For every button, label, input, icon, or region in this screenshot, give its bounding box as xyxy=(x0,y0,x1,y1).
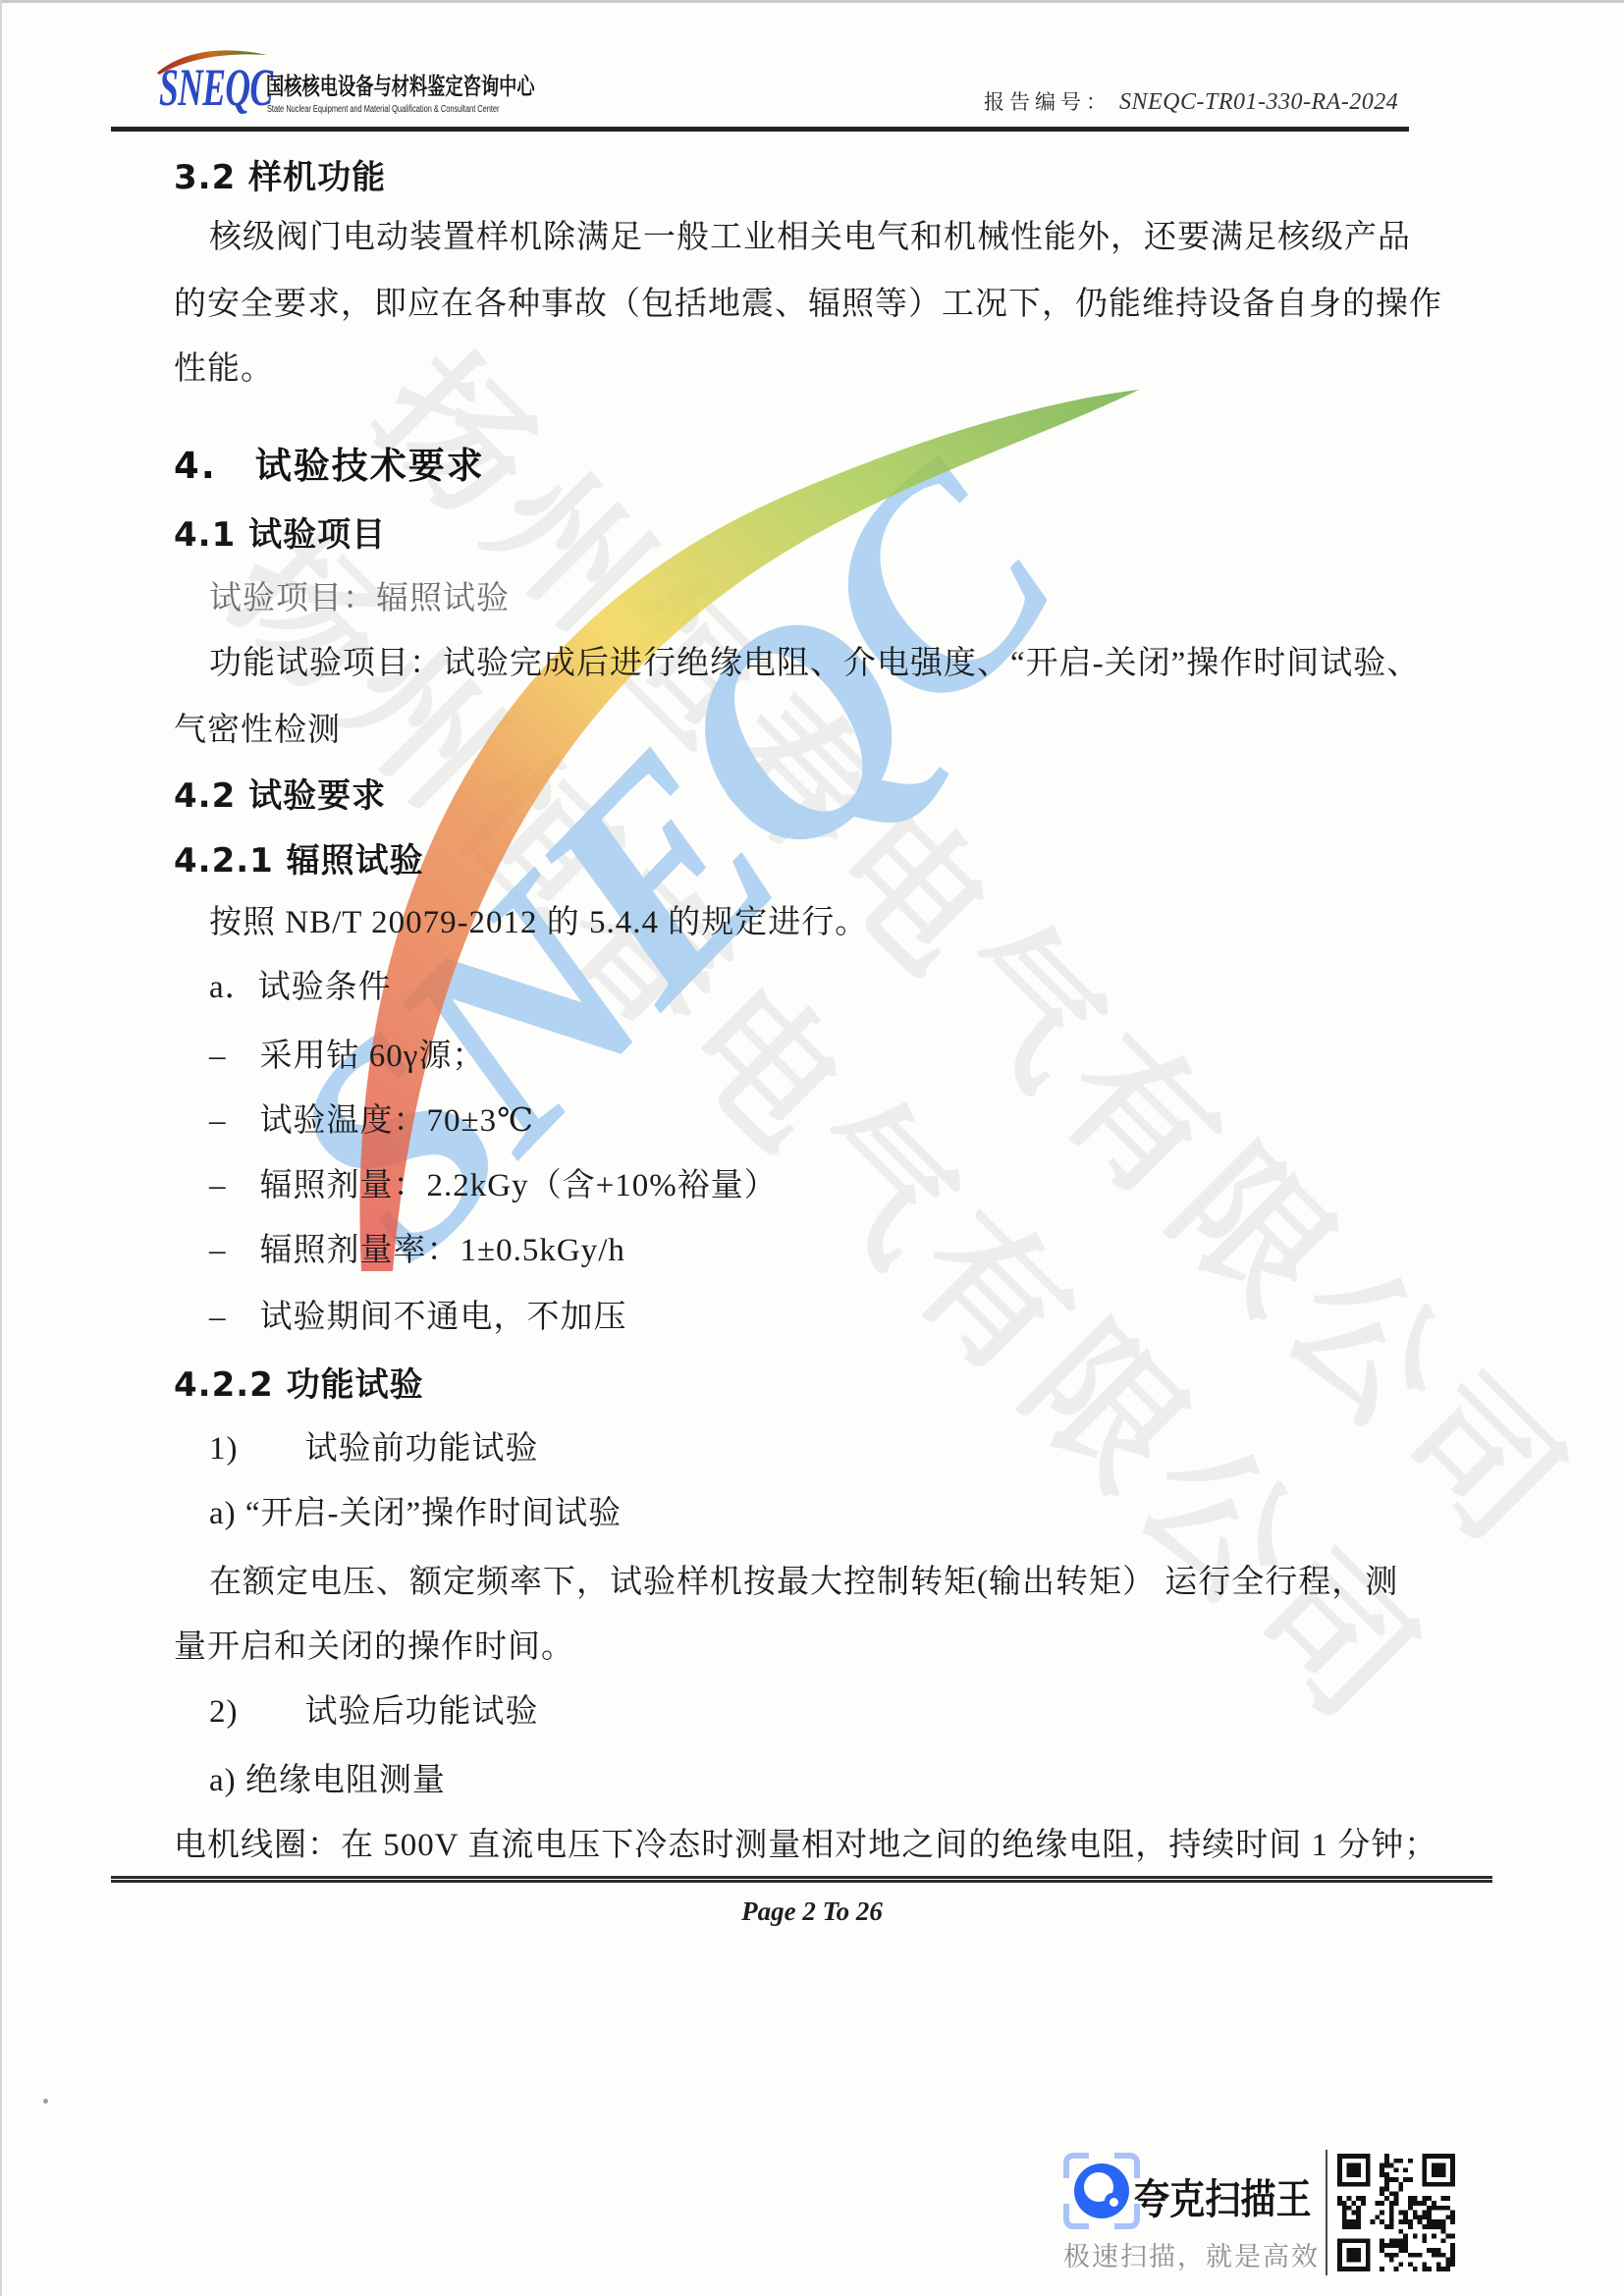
section-heading-4-2-1: 4.2.1 辐照试验 xyxy=(174,840,424,882)
quark-logo-icon xyxy=(1074,2163,1129,2218)
paragraph-line: 核级阀门电动装置样机除满足一般工业相关电气和机械性能外，还要满足核级产品 xyxy=(209,218,1411,258)
report-number-value: SNEQC-TR01-330-RA-2024 xyxy=(1119,89,1398,115)
list-item-line: a) “开启-关闭”操作时间试验 xyxy=(209,1494,622,1534)
report-number-label: 报告编号： xyxy=(984,90,1111,114)
scan-artifact-dot xyxy=(43,2099,48,2104)
list-item-line: 1) 试验前功能试验 xyxy=(209,1429,539,1469)
paragraph-line: 试验项目：辐照试验 xyxy=(209,579,510,619)
org-name-en: State Nuclear Equipment and Material Qua… xyxy=(267,104,500,115)
report-number-row: 报告编号：SNEQC-TR01-330-RA-2024 xyxy=(984,86,1398,116)
org-name-zh: 国核核电设备与材料鉴定咨询中心 xyxy=(266,67,535,101)
section-heading-4-2-2: 4.2.2 功能试验 xyxy=(174,1364,424,1407)
list-item-line: 2) 试验后功能试验 xyxy=(209,1692,539,1733)
paragraph-line: 性能。 xyxy=(174,349,274,390)
list-item-line: a) 绝缘电阻测量 xyxy=(209,1761,446,1801)
quark-scanner-icon xyxy=(1063,2153,1140,2229)
scan-edge-top xyxy=(0,0,1624,3)
scanner-app-name: 夸克扫描王 xyxy=(1134,2167,1312,2226)
footer-rule xyxy=(111,1876,1492,1883)
paragraph-line: a．试验条件 xyxy=(209,968,392,1008)
section-heading-4-2: 4.2 试验要求 xyxy=(174,775,386,818)
paragraph-line: 的安全要求，即应在各种事故（包括地震、辐照等）工况下，仍能维持设备自身的操作 xyxy=(174,285,1442,325)
sneqc-logo: SNEQC xyxy=(159,57,273,118)
quark-logo-dot xyxy=(1110,2198,1118,2207)
section-heading-4-1: 4.1 试验项目 xyxy=(174,514,386,557)
bullet-line: – 辐照剂量：2.2kGy（含+10%裕量） xyxy=(209,1166,778,1206)
bullet-line: – 试验温度：70±3℃ xyxy=(209,1101,534,1142)
paragraph-line: 在额定电压、额定频率下，试验样机按最大控制转矩(输出转矩） 运行全行程，测 xyxy=(209,1563,1398,1603)
section-heading-3-2: 3.2 样机功能 xyxy=(174,157,386,199)
bullet-line: – 采用钴 60γ源； xyxy=(209,1037,485,1077)
header-rule xyxy=(111,127,1409,132)
paragraph-line: 电机线圈：在 500V 直流电压下冷态时测量相对地之间的绝缘电阻，持续时间 1 … xyxy=(174,1826,1437,1866)
scanner-slogan: 极速扫描，就是高效 xyxy=(1063,2235,1320,2273)
bullet-line: – 试验期间不通电，不加压 xyxy=(209,1298,627,1338)
page-number: Page 2 To 26 xyxy=(0,1896,1624,1927)
qr-code xyxy=(1337,2154,1455,2271)
paragraph-line: 量开启和关闭的操作时间。 xyxy=(174,1628,574,1668)
scanned-document-page: { "header": { "logo_text": "SNEQC", "org… xyxy=(0,0,1624,2296)
paragraph-line: 按照 NB/T 20079-2012 的 5.4.4 的规定进行。 xyxy=(209,903,868,943)
scan-edge-left xyxy=(0,0,2,2296)
paragraph-line: 功能试验项目：试验完成后进行绝缘电阻、介电强度、“开启-关闭”操作时间试验、 xyxy=(209,644,1420,684)
bullet-line: – 辐照剂量率：1±0.5kGy/h xyxy=(209,1231,625,1271)
paragraph-line: 气密性检测 xyxy=(174,711,341,751)
section-heading-4: 4. 试验技术要求 xyxy=(174,444,485,489)
branding-divider xyxy=(1326,2150,1327,2275)
